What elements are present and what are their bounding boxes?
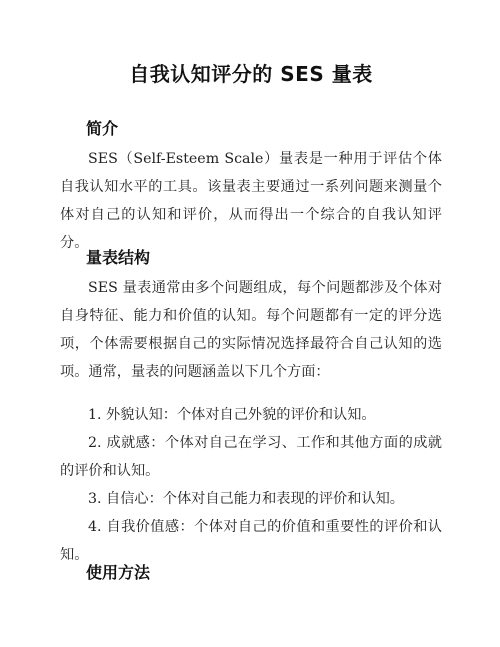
- section-heading-structure: 量表结构: [86, 247, 150, 269]
- intro-paragraph: SES（Self-Esteem Scale）量表是一种用于评估个体自我认知水平的…: [60, 145, 442, 257]
- document-title: 自我认知评分的 SES 量表: [60, 60, 442, 88]
- structure-paragraph: SES 量表通常由多个问题组成，每个问题都涉及个体对自身特征、能力和价值的认知。…: [60, 274, 442, 386]
- list-item-appearance: 1. 外貌认知：个体对自己外貌的评价和认知。: [60, 401, 442, 429]
- list-item-achievement: 2. 成就感：个体对自己在学习、工作和其他方面的成就的评价和认知。: [60, 429, 442, 485]
- list-item-self-worth: 4. 自我价值感：个体对自己的价值和重要性的评价和认知。: [60, 513, 442, 569]
- section-heading-intro: 简介: [86, 118, 118, 140]
- list-item-confidence: 3. 自信心：个体对自己能力和表现的评价和认知。: [60, 485, 442, 513]
- section-heading-usage: 使用方法: [86, 562, 150, 584]
